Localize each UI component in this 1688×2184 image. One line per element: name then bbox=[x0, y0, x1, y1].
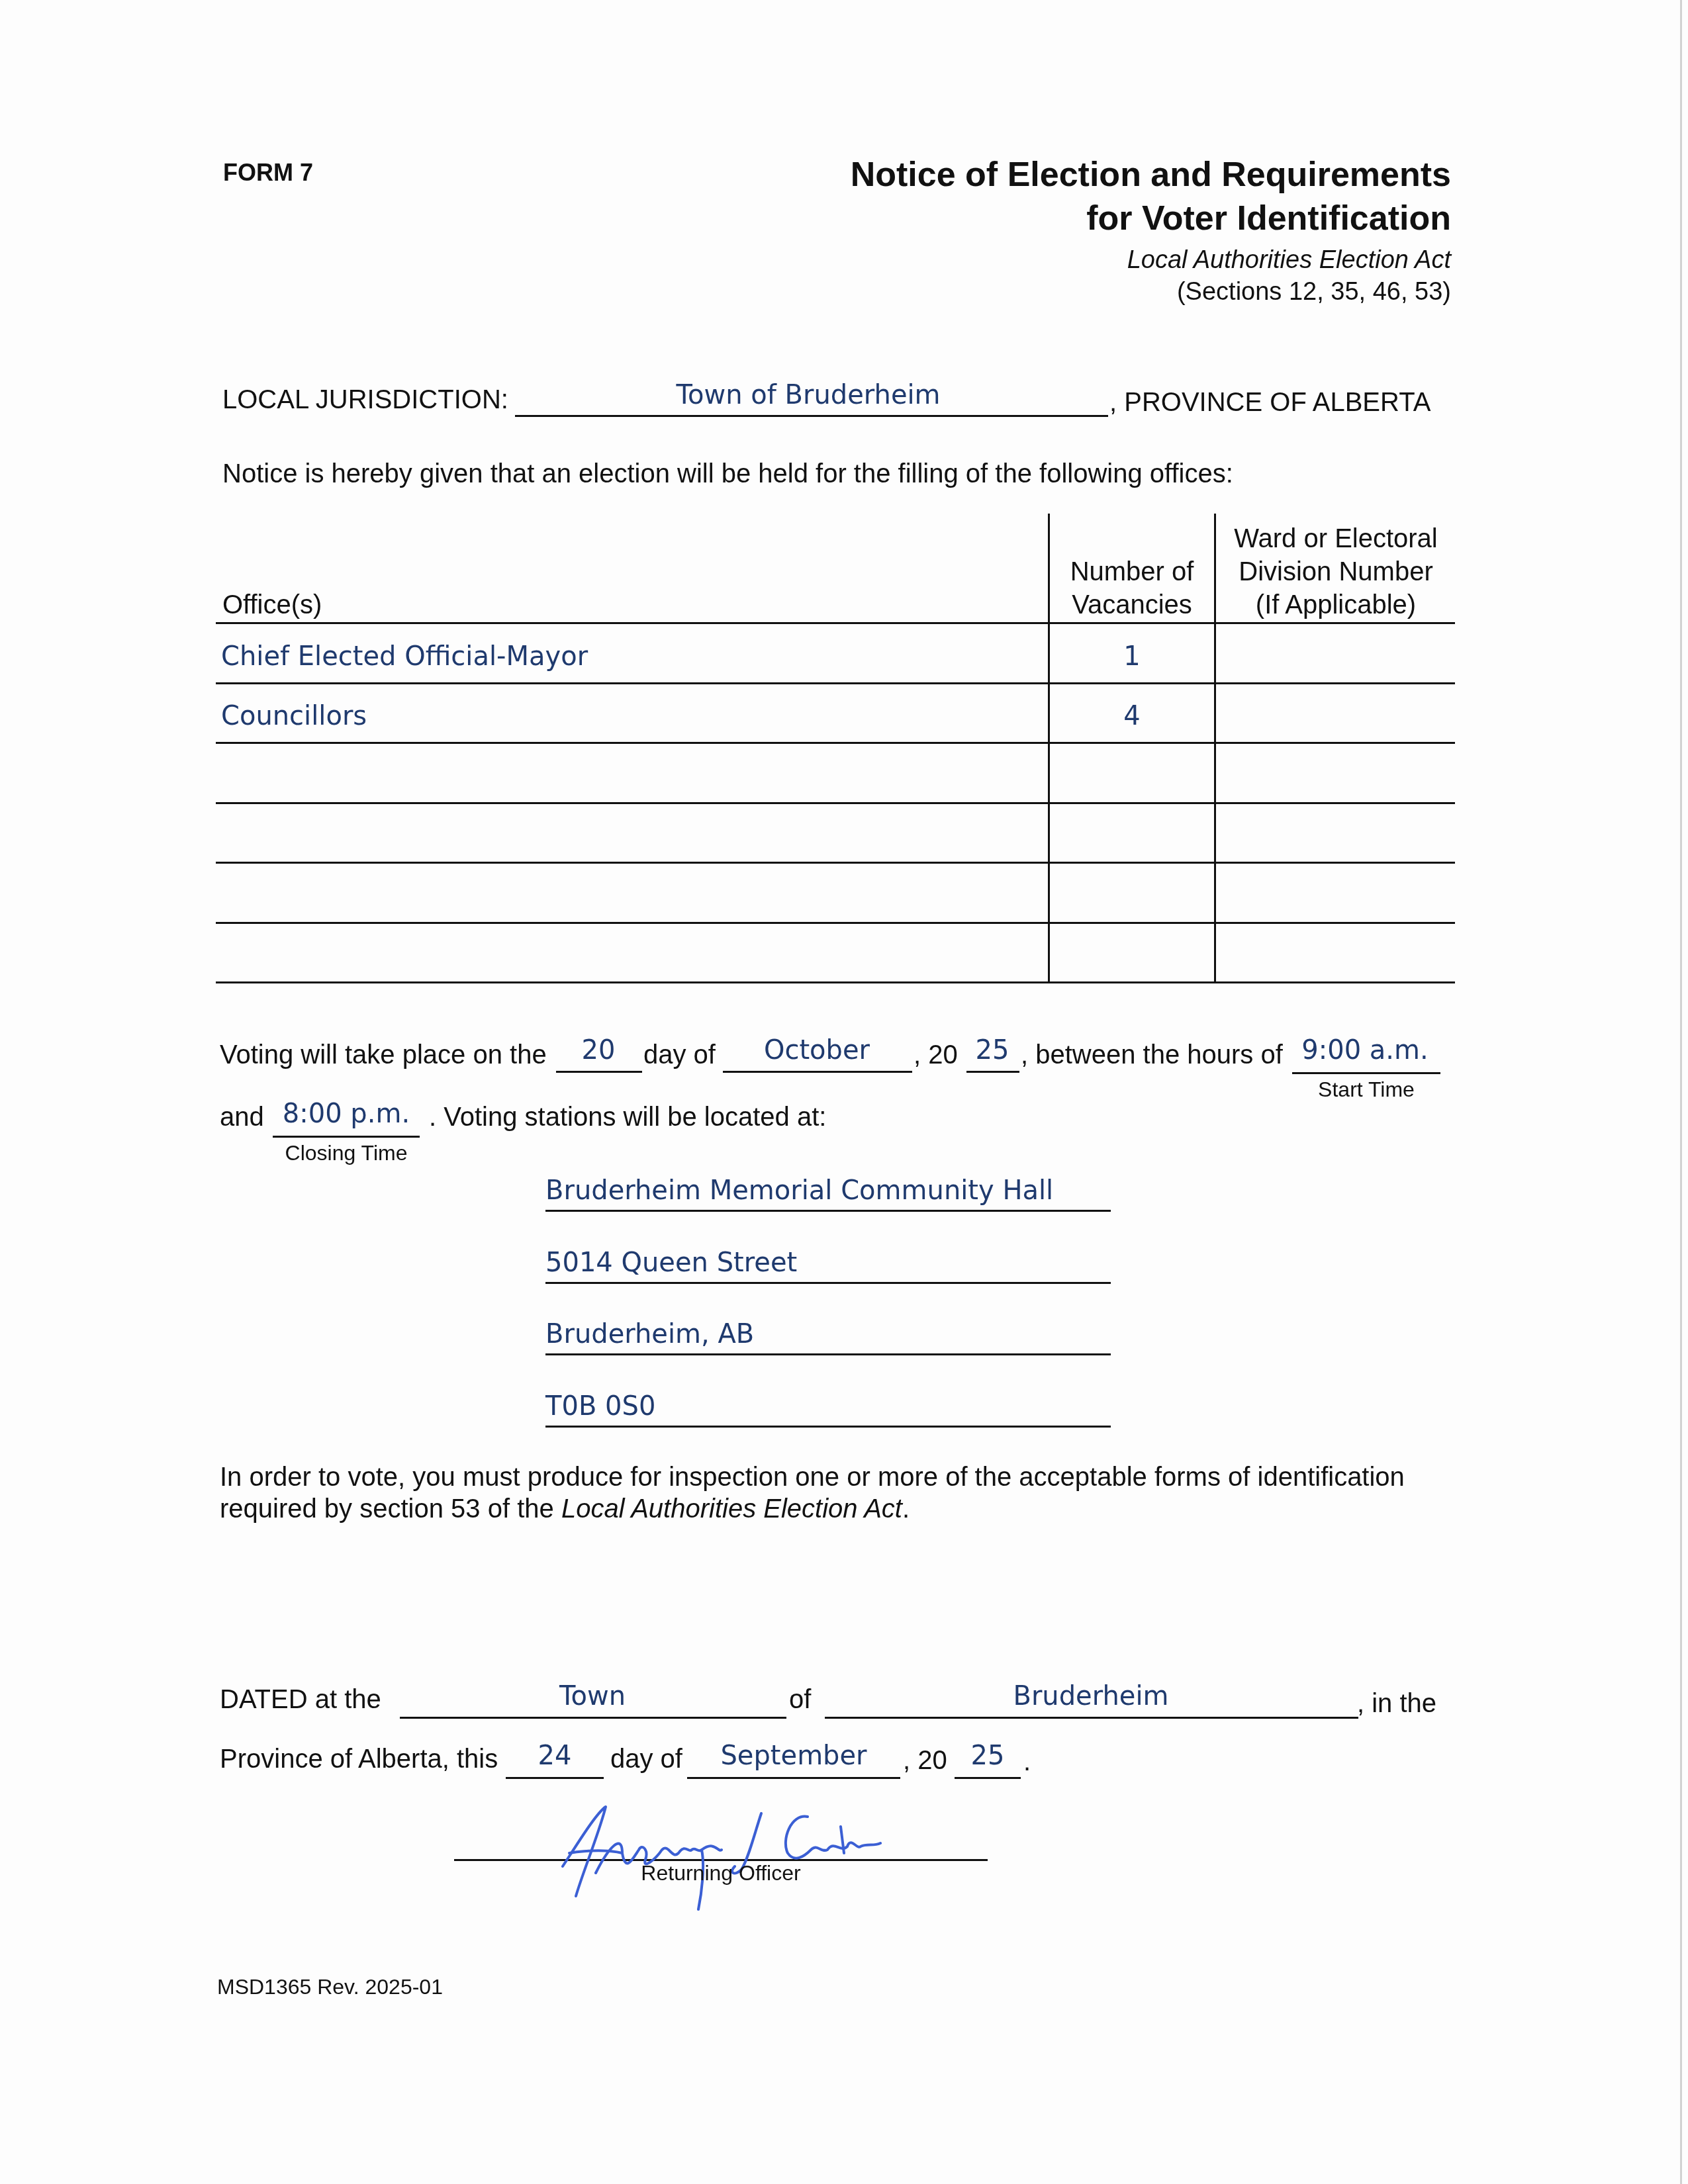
dated-province-prefix: Province of Alberta, this bbox=[220, 1745, 498, 1774]
id-requirement-line1: In order to vote, you must produce for i… bbox=[220, 1463, 1405, 1492]
header-ward-1: Ward or Electoral bbox=[1216, 524, 1456, 554]
voting-and: and bbox=[220, 1103, 264, 1132]
act-sections: (Sections 12, 35, 46, 53) bbox=[1177, 278, 1451, 306]
table-row-rule bbox=[216, 862, 1455, 864]
dated-day-of: day of bbox=[610, 1745, 682, 1774]
table-row-rule bbox=[216, 981, 1455, 983]
dated-in-the: , in the bbox=[1357, 1689, 1436, 1719]
voting-location-line[interactable]: T0B 0S0 bbox=[545, 1391, 655, 1422]
header-ward-2: Division Number bbox=[1216, 557, 1456, 587]
voting-month-underline bbox=[723, 1071, 912, 1073]
start-time-label: Start Time bbox=[1292, 1077, 1440, 1102]
closing-time-field[interactable]: 8:00 p.m. bbox=[273, 1099, 420, 1129]
voting-year-underline bbox=[966, 1071, 1019, 1073]
form-code: MSD1365 Rev. 2025-01 bbox=[217, 1975, 443, 1999]
voting-year-field[interactable]: 25 bbox=[966, 1035, 1018, 1066]
start-time-underline bbox=[1292, 1072, 1440, 1074]
scan-edge bbox=[1680, 0, 1682, 2184]
vacancies-cell[interactable]: 1 bbox=[1050, 641, 1214, 672]
dated-municipality-type-field[interactable]: Town bbox=[400, 1681, 785, 1711]
dated-day-field[interactable]: 24 bbox=[506, 1741, 604, 1771]
returning-officer-label: Returning Officer bbox=[454, 1861, 988, 1886]
dated-municipality-name-field[interactable]: Bruderheim bbox=[825, 1681, 1357, 1711]
header-ward-3: (If Applicable) bbox=[1216, 590, 1456, 620]
dated-year-field[interactable]: 25 bbox=[955, 1741, 1021, 1771]
table-row-rule bbox=[216, 922, 1455, 924]
table-row-rule bbox=[216, 682, 1455, 684]
dated-century: , 20 bbox=[903, 1746, 947, 1776]
dated-type-underline bbox=[400, 1717, 786, 1719]
notice-text: Notice is hereby given that an election … bbox=[222, 459, 1233, 489]
vacancies-cell[interactable]: 4 bbox=[1050, 701, 1214, 731]
start-time-field[interactable]: 9:00 a.m. bbox=[1291, 1035, 1439, 1066]
dated-end: . bbox=[1023, 1747, 1031, 1777]
form-title-line2: for Voter Identification bbox=[1086, 199, 1451, 238]
dated-month-field[interactable]: September bbox=[687, 1741, 900, 1771]
office-cell[interactable]: Chief Elected Official-Mayor bbox=[221, 641, 588, 672]
table-header-rule bbox=[216, 622, 1455, 624]
table-row-rule bbox=[216, 802, 1455, 804]
voting-day-of: day of bbox=[643, 1040, 716, 1070]
act-name: Local Authorities Election Act bbox=[1127, 246, 1451, 275]
voting-location-line[interactable]: Bruderheim Memorial Community Hall bbox=[545, 1175, 1053, 1206]
id-requirement-line2: required by section 53 of the Local Auth… bbox=[220, 1494, 910, 1524]
voting-day-field[interactable]: 20 bbox=[556, 1035, 641, 1066]
voting-prefix: Voting will take place on the bbox=[220, 1040, 547, 1070]
jurisdiction-field[interactable]: Town of Bruderheim bbox=[514, 380, 1103, 410]
dated-prefix: DATED at the bbox=[220, 1685, 381, 1715]
voting-day-underline bbox=[556, 1071, 642, 1073]
voting-location-line[interactable]: Bruderheim, AB bbox=[545, 1319, 754, 1349]
dated-name-underline bbox=[825, 1717, 1358, 1719]
form-number: FORM 7 bbox=[223, 159, 313, 187]
stations-text: . Voting stations will be located at: bbox=[429, 1103, 826, 1132]
voting-location-line[interactable]: 5014 Queen Street bbox=[545, 1248, 797, 1278]
jurisdiction-label: LOCAL JURISDICTION: bbox=[222, 385, 508, 415]
jurisdiction-underline bbox=[515, 415, 1108, 417]
voting-between: , between the hours of bbox=[1021, 1040, 1283, 1070]
dated-of: of bbox=[789, 1685, 811, 1715]
office-cell[interactable]: Councillors bbox=[221, 701, 367, 731]
id-requirement-suffix: . bbox=[902, 1494, 910, 1524]
header-vacancies-2: Vacancies bbox=[1050, 590, 1214, 620]
voting-location-underline bbox=[545, 1426, 1111, 1428]
dated-year-underline bbox=[955, 1777, 1021, 1779]
id-requirement-prefix: required by section 53 of the bbox=[220, 1494, 561, 1524]
header-vacancies-1: Number of bbox=[1050, 557, 1214, 587]
closing-time-label: Closing Time bbox=[273, 1141, 420, 1165]
dated-day-underline bbox=[506, 1777, 604, 1779]
signature-mark bbox=[549, 1787, 920, 1919]
voting-century: , 20 bbox=[914, 1040, 958, 1070]
form-title-line1: Notice of Election and Requirements bbox=[851, 155, 1451, 195]
header-office: Office(s) bbox=[222, 590, 322, 620]
voting-location-underline bbox=[545, 1353, 1111, 1355]
voting-month-field[interactable]: October bbox=[723, 1035, 911, 1066]
province-text: , PROVINCE OF ALBERTA bbox=[1109, 388, 1430, 418]
voting-location-underline bbox=[545, 1282, 1111, 1284]
table-row-rule bbox=[216, 742, 1455, 744]
id-requirement-act: Local Authorities Election Act bbox=[561, 1494, 902, 1524]
closing-time-underline bbox=[273, 1136, 420, 1138]
voting-location-underline bbox=[545, 1210, 1111, 1212]
dated-month-underline bbox=[687, 1777, 900, 1779]
